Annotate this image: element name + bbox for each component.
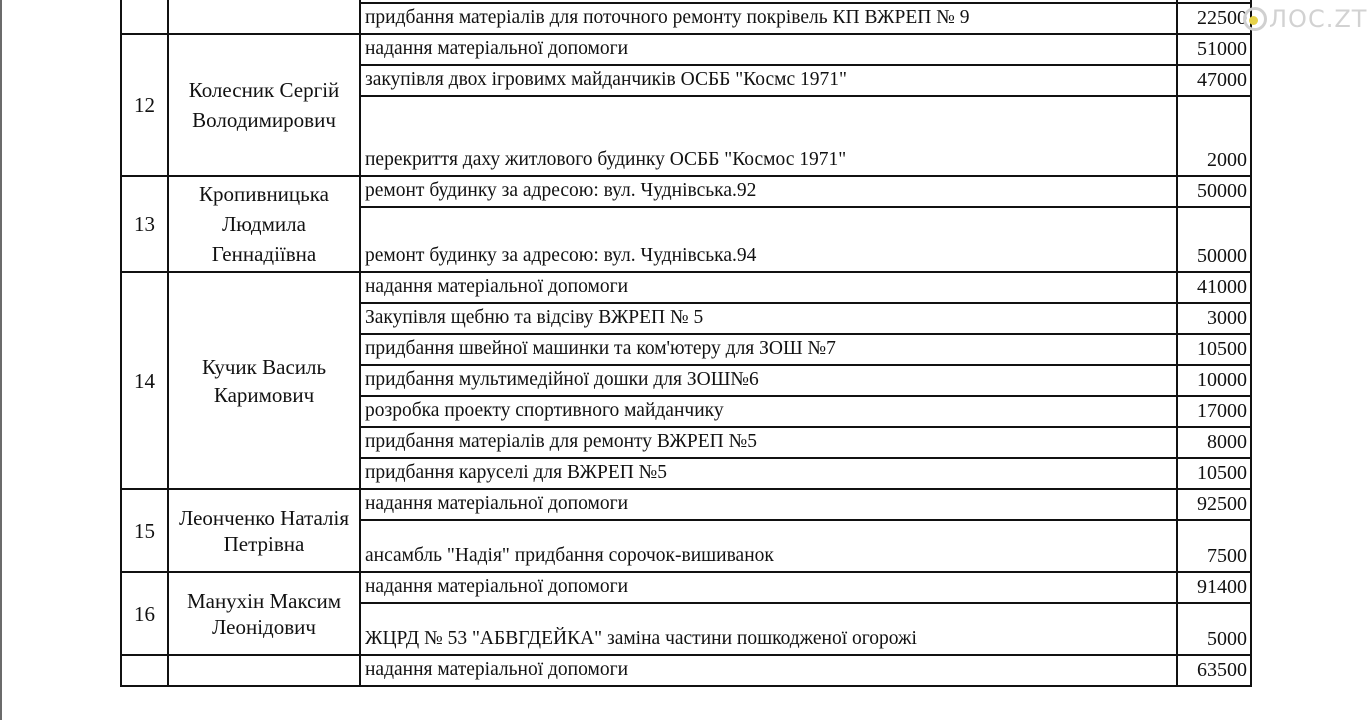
expense-amount: 63500 [1177, 655, 1251, 686]
expense-description: Закупівля щебню та відсіву ВЖРЕП № 5 [360, 303, 1177, 334]
expense-description: придбання мультимедійної дошки для ЗОШ№6 [360, 365, 1177, 396]
expense-description: ремонт будинку за адресою: вул. Чуднівсь… [360, 176, 1177, 207]
expense-amount: 41000 [1177, 272, 1251, 303]
table-row: надання матеріальної допомоги 63500 [121, 655, 1251, 686]
expense-amount: 50000 [1177, 176, 1251, 207]
deputy-name [168, 0, 360, 34]
deputy-funds-table: придбання матеріалів для поточного ремон… [120, 0, 1252, 687]
expense-amount: 50000 [1177, 207, 1251, 272]
expense-description: надання матеріальної допомоги [360, 655, 1177, 686]
expense-description: ремонт будинку за адресою: вул. Чуднівсь… [360, 207, 1177, 272]
table-row: 16 Манухін Максим Леонідович надання мат… [121, 572, 1251, 603]
table-row: 12 Колесник Сергій Володимирович надання… [121, 34, 1251, 65]
deputy-name: Кропивницька Людмила Геннадіївна [168, 176, 360, 272]
expense-description: надання матеріальної допомоги [360, 272, 1177, 303]
expense-description: придбання матеріалів для поточного ремон… [360, 3, 1177, 34]
row-number: 12 [121, 34, 168, 176]
expense-amount: 10500 [1177, 458, 1251, 489]
deputy-name: Кучик Василь Каримович [168, 272, 360, 489]
expense-amount: 92500 [1177, 489, 1251, 520]
page-left-edge [0, 0, 2, 720]
expense-description: придбання швейної машинки та ком'ютеру д… [360, 334, 1177, 365]
row-number: 14 [121, 272, 168, 489]
expense-description: придбання каруселі для ВЖРЕП №5 [360, 458, 1177, 489]
expense-amount: 10500 [1177, 334, 1251, 365]
expense-amount: 2000 [1177, 96, 1251, 176]
expense-amount: 5000 [1177, 603, 1251, 655]
row-number: 15 [121, 489, 168, 572]
expense-description: надання матеріальної допомоги [360, 572, 1177, 603]
row-number [121, 0, 168, 34]
expense-amount: 91400 [1177, 572, 1251, 603]
expense-description: надання матеріальної допомоги [360, 34, 1177, 65]
expense-description: ансамбль "Надія" придбання сорочок-вишив… [360, 520, 1177, 572]
row-number [121, 655, 168, 686]
site-watermark: ЛОС.ZT [1243, 4, 1367, 34]
expense-amount: 47000 [1177, 65, 1251, 96]
speaker-logo-icon [1243, 7, 1267, 31]
expense-amount: 3000 [1177, 303, 1251, 334]
deputy-name [168, 655, 360, 686]
expense-description: придбання матеріалів для ремонту ВЖРЕП №… [360, 427, 1177, 458]
table-row: 14 Кучик Василь Каримович надання матері… [121, 272, 1251, 303]
expense-amount: 51000 [1177, 34, 1251, 65]
expense-amount: 10000 [1177, 365, 1251, 396]
expense-amount: 8000 [1177, 427, 1251, 458]
expense-description: перекриття даху житлового будинку ОСББ "… [360, 96, 1177, 176]
deputy-name: Манухін Максим Леонідович [168, 572, 360, 655]
expense-description: розробка проекту спортивного майданчику [360, 396, 1177, 427]
row-number: 13 [121, 176, 168, 272]
row-number: 16 [121, 572, 168, 655]
deputy-name: Колесник Сергій Володимирович [168, 34, 360, 176]
expense-description: ЖЦРД № 53 "АБВГДЕЙКА" заміна частини пош… [360, 603, 1177, 655]
expense-amount: 17000 [1177, 396, 1251, 427]
table-row: 13 Кропивницька Людмила Геннадіївна ремо… [121, 176, 1251, 207]
document-page: придбання матеріалів для поточного ремон… [120, 0, 1252, 687]
expense-amount: 22500 [1177, 3, 1251, 34]
expense-description: надання матеріальної допомоги [360, 489, 1177, 520]
deputy-name: Леонченко Наталія Петрівна [168, 489, 360, 572]
expense-description: закупівля двох ігровимх майданчиків ОСББ… [360, 65, 1177, 96]
expense-amount: 7500 [1177, 520, 1251, 572]
watermark-text: ЛОС.ZT [1269, 5, 1367, 33]
table-row: 15 Леонченко Наталія Петрівна надання ма… [121, 489, 1251, 520]
